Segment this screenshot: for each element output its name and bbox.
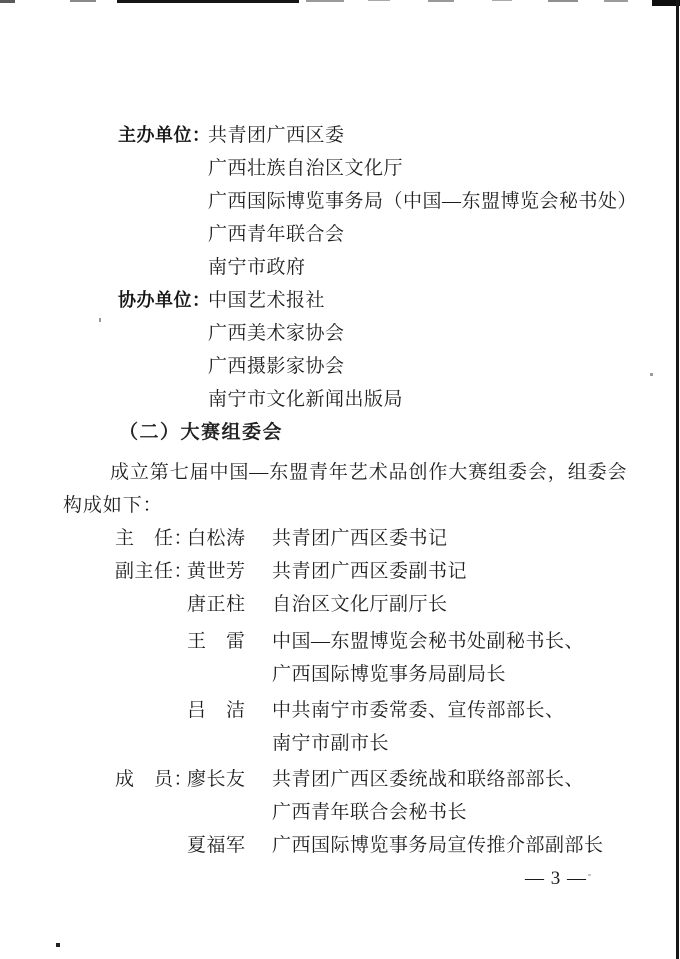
committee-row-member: 夏福军 广西国际博览事务局宣传推介部副部长 <box>115 829 680 862</box>
committee-row-chairman: 主 任： 白松涛 共青团广西区委书记 <box>115 522 680 555</box>
committee-member-title: 共青团广西区委统战和联络部部长、 <box>272 763 680 796</box>
page-number: — 3 — <box>0 862 680 895</box>
committee-member-titles: 共青团广西区委书记 <box>272 522 680 555</box>
committee-member-name: 唐正柱 <box>187 588 272 621</box>
document-content: 主办单位： 共青团广西区委 广西壮族自治区文化厅 广西国际博览事务局（中国—东盟… <box>0 0 680 895</box>
committee-member-title: 中共南宁市委常委、宣传部部长、 <box>272 694 680 727</box>
committee-member-title: 广西国际博览事务局宣传推介部副部长 <box>272 829 680 862</box>
host-unit-item: 南宁市政府 <box>208 251 680 284</box>
committee-member-name: 夏福军 <box>187 829 272 862</box>
committee-member-title: 南宁市副市长 <box>272 727 680 760</box>
document-page: 主办单位： 共青团广西区委 广西壮族自治区文化厅 广西国际博览事务局（中国—东盟… <box>0 0 680 959</box>
committee-role-label <box>115 588 187 621</box>
committee-member-title: 自治区文化厅副厅长 <box>272 588 680 621</box>
co-host-unit-item: 中国艺术报社 <box>208 284 680 317</box>
co-host-units-list: 中国艺术报社 广西美术家协会 广西摄影家协会 南宁市文化新闻出版局 <box>208 284 680 416</box>
committee-row-vice-chairman: 副主任： 黄世芳 共青团广西区委副书记 <box>115 555 680 588</box>
committee-row-vice-chairman: 唐正柱 自治区文化厅副厅长 <box>115 588 680 621</box>
committee-member-titles: 共青团广西区委统战和联络部部长、 广西青年联合会秘书长 <box>272 763 680 829</box>
co-host-unit-item: 广西美术家协会 <box>208 317 680 350</box>
committee-member-title: 共青团广西区委副书记 <box>272 555 680 588</box>
committee-row-member: 成 员： 廖长友 共青团广西区委统战和联络部部长、 广西青年联合会秘书长 <box>115 763 680 829</box>
committee-role-label: 副主任： <box>115 555 187 588</box>
committee-member-title: 广西国际博览事务局副局长 <box>272 658 680 691</box>
co-host-units-label: 协办单位： <box>118 284 208 317</box>
committee-role-label <box>115 829 187 862</box>
committee-member-title: 共青团广西区委书记 <box>272 522 680 555</box>
host-unit-item: 广西国际博览事务局（中国—东盟博览会秘书处） <box>208 185 680 218</box>
committee-member-name: 黄世芳 <box>187 555 272 588</box>
committee-member-title: 中国—东盟博览会秘书处副秘书长、 <box>272 625 680 658</box>
host-unit-item: 广西壮族自治区文化厅 <box>208 152 680 185</box>
committee-member-name: 王 雷 <box>187 625 272 658</box>
committee-role-label <box>115 694 187 727</box>
committee-member-name: 白松涛 <box>187 522 272 555</box>
host-unit-item: 共青团广西区委 <box>208 119 680 152</box>
co-host-units-section: 协办单位： 中国艺术报社 广西美术家协会 广西摄影家协会 南宁市文化新闻出版局 <box>118 284 680 416</box>
host-units-section: 主办单位： 共青团广西区委 广西壮族自治区文化厅 广西国际博览事务局（中国—东盟… <box>118 119 680 284</box>
committee-role-label: 主 任： <box>115 522 187 555</box>
committee-intro-line-2: 构成如下： <box>63 489 680 522</box>
committee-member-titles: 中共南宁市委常委、宣传部部长、 南宁市副市长 <box>272 694 680 760</box>
committee-member-title: 广西青年联合会秘书长 <box>272 796 680 829</box>
committee-role-label <box>115 625 187 658</box>
committee-member-name: 廖长友 <box>187 763 272 796</box>
committee-intro-line-1: 成立第七届中国—东盟青年艺术品创作大赛组委会，组委会 <box>110 456 680 489</box>
committee-member-titles: 中国—东盟博览会秘书处副秘书长、 广西国际博览事务局副局长 <box>272 625 680 691</box>
committee-member-titles: 自治区文化厅副厅长 <box>272 588 680 621</box>
co-host-unit-item: 广西摄影家协会 <box>208 350 680 383</box>
host-units-list: 共青团广西区委 广西壮族自治区文化厅 广西国际博览事务局（中国—东盟博览会秘书处… <box>208 119 680 284</box>
co-host-unit-item: 南宁市文化新闻出版局 <box>208 383 680 416</box>
committee-member-name: 吕 洁 <box>187 694 272 727</box>
committee-member-titles: 广西国际博览事务局宣传推介部副部长 <box>272 829 680 862</box>
committee-role-label: 成 员： <box>115 763 187 796</box>
committee-row-vice-chairman: 吕 洁 中共南宁市委常委、宣传部部长、 南宁市副市长 <box>115 694 680 760</box>
host-unit-item: 广西青年联合会 <box>208 218 680 251</box>
committee-member-titles: 共青团广西区委副书记 <box>272 555 680 588</box>
committee-row-vice-chairman: 王 雷 中国—东盟博览会秘书处副秘书长、 广西国际博览事务局副局长 <box>115 625 680 691</box>
committee-section-heading: （二）大赛组委会 <box>119 416 680 449</box>
host-units-label: 主办单位： <box>118 119 208 152</box>
scan-artifact-bottom-left-dot <box>56 943 60 947</box>
